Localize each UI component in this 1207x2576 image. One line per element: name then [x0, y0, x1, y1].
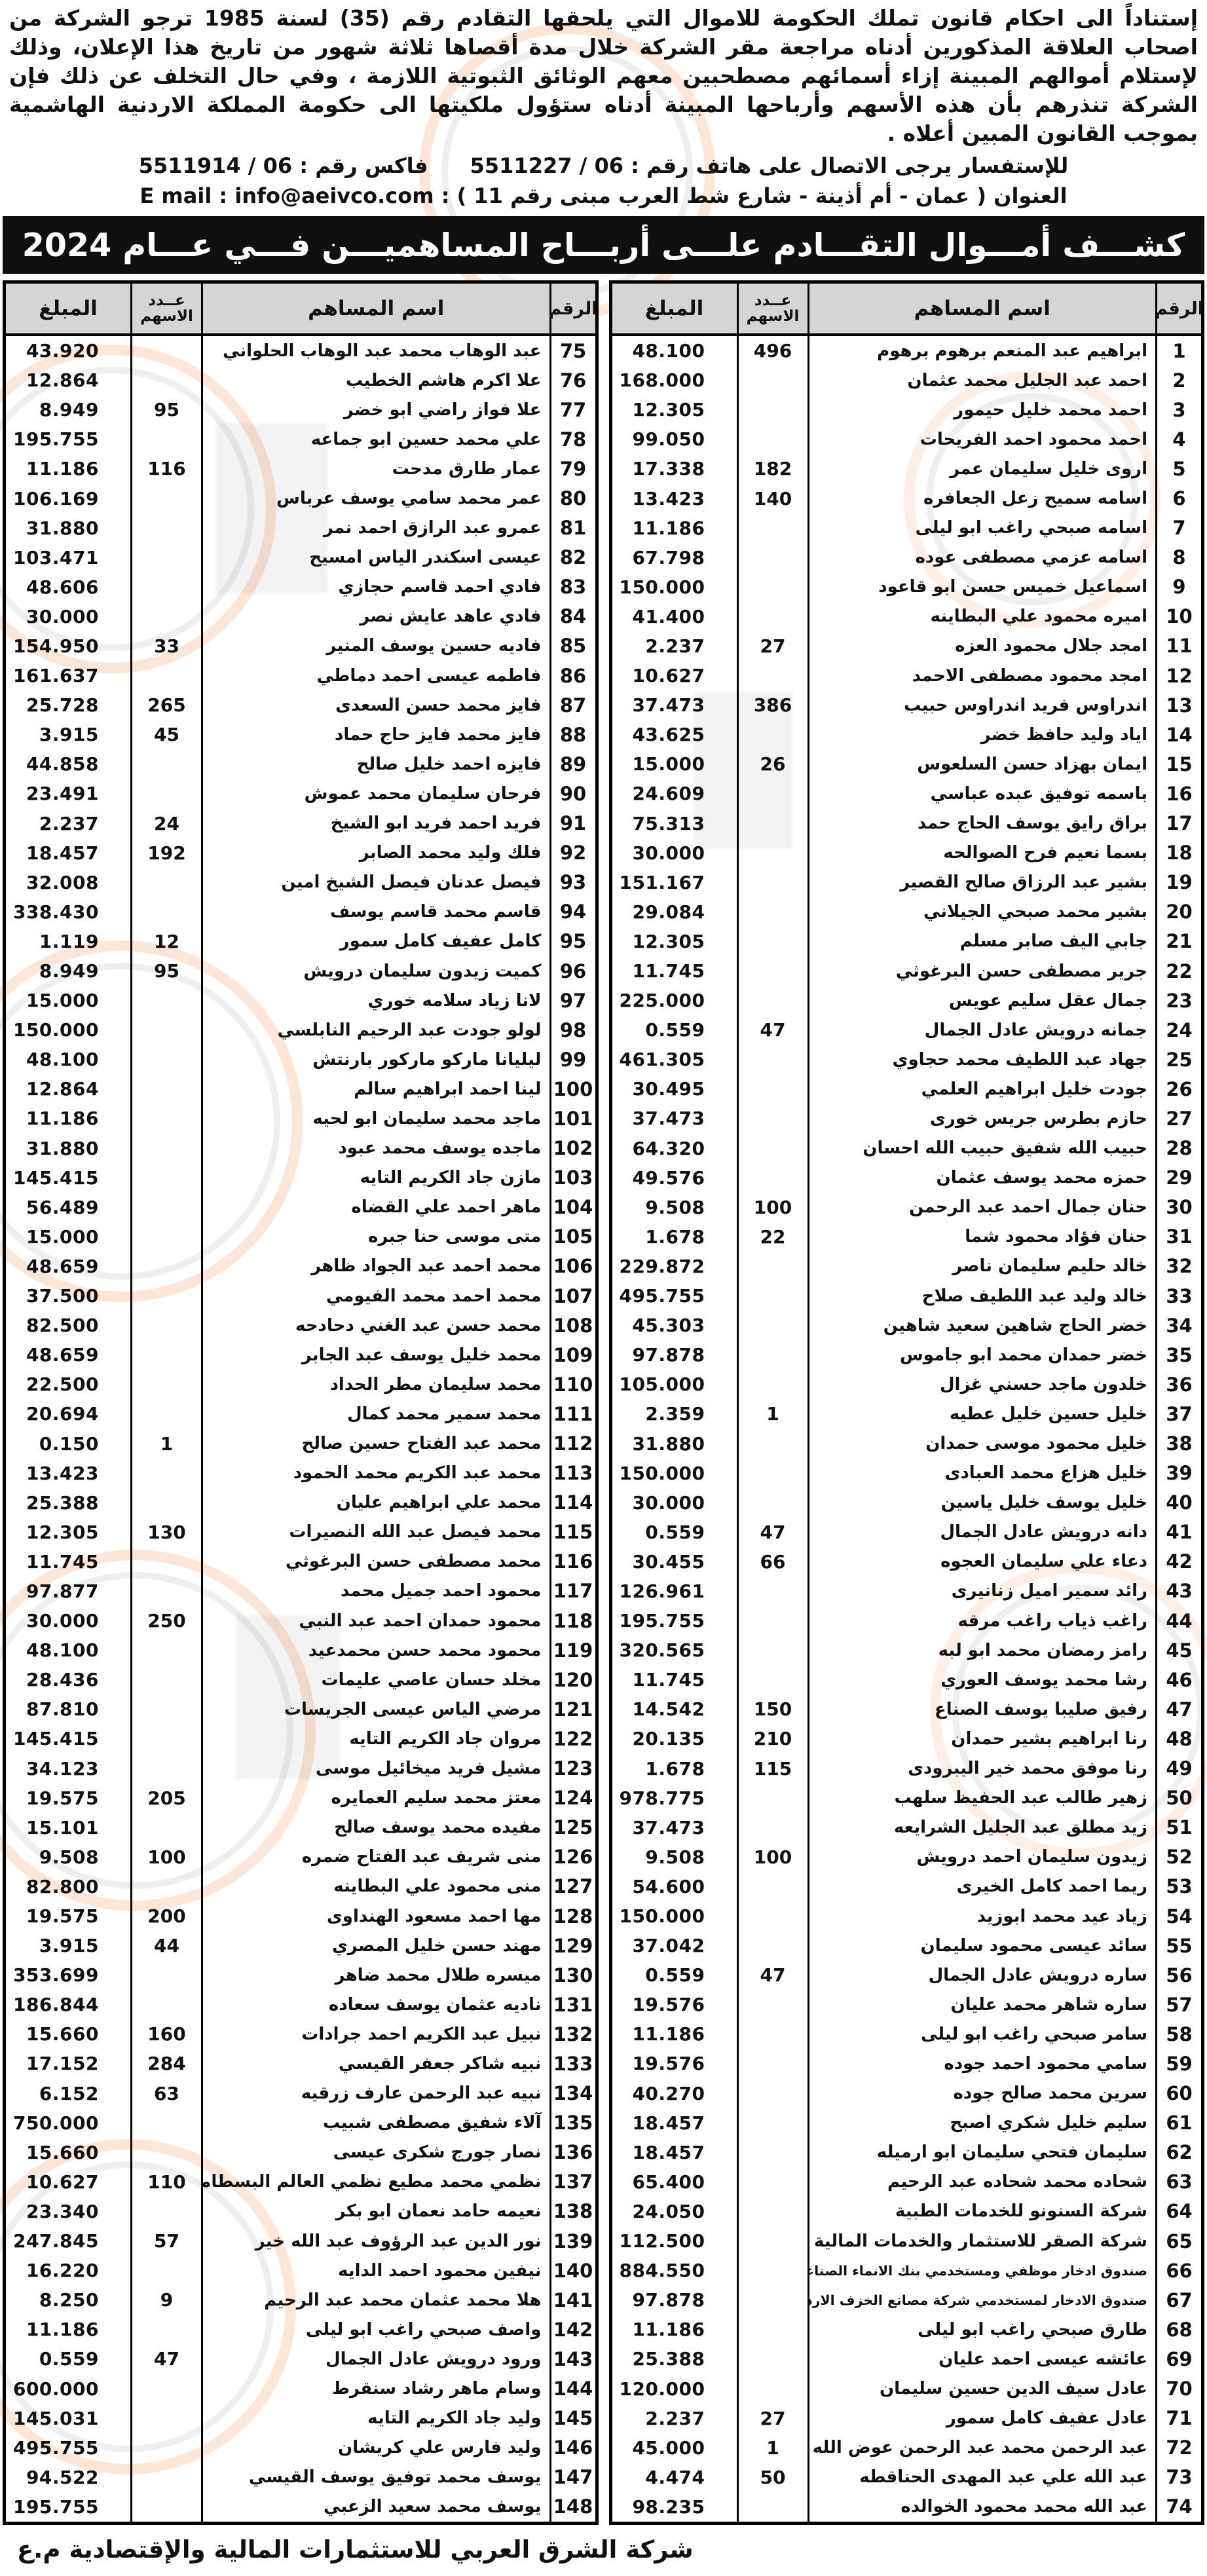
share-count-cell	[737, 720, 808, 749]
table-row: 1ابراهيم عبد المنعم برهوم برهوم49648.100	[612, 336, 1202, 365]
share-count-cell: 210	[737, 1724, 808, 1753]
shareholder-name-cell: وسام ماهر رشاد سنقرط	[201, 2374, 549, 2403]
amount-cell: 14.542	[612, 1694, 737, 1724]
amount-cell: 495.755	[612, 1281, 737, 1311]
table-row: 126منى شريف عبد الفتاح ضمره1009.508	[6, 1842, 595, 1872]
amount-cell: 48.659	[6, 1340, 130, 1370]
table-row: 13اندراوس فريد اندراوس حبيب38637.473	[612, 690, 1202, 720]
share-count-cell	[737, 1281, 808, 1311]
table-row: 95كامل عفيف كامل سمور121.119	[6, 927, 595, 956]
share-count-cell: 95	[130, 395, 201, 424]
row-number-cell: 6	[1155, 483, 1201, 513]
shareholder-name-cell: ساره شاهر محمد عليان	[808, 1990, 1156, 2019]
row-number-cell: 7	[1155, 513, 1201, 543]
share-count-cell	[737, 2079, 808, 2108]
row-number-cell: 114	[549, 1488, 595, 1518]
column-header-share-count: عــدد الاسهم	[737, 284, 808, 333]
table-row: 102ماجده يوسف محمد عبود31.880	[6, 1134, 595, 1163]
shareholder-name-cell: لينا احمد ابراهيم سالم	[201, 1074, 549, 1104]
share-count-cell	[737, 2285, 808, 2315]
shareholder-name-cell: مشيل فريد ميخائيل موسى	[201, 1754, 549, 1783]
table-row: 87فايز محمد حسن السعدى26525.728	[6, 690, 595, 720]
row-number-cell: 85	[549, 631, 595, 661]
row-number-cell: 135	[549, 2108, 595, 2138]
row-number-cell: 88	[549, 720, 595, 749]
shareholder-name-cell: نظمي محمد مطيع نظمي العالم البسطامي	[201, 2167, 549, 2197]
shareholder-name-cell: نبيه شاكر جعفر القيسي	[201, 2049, 549, 2078]
row-number-cell: 2	[1155, 365, 1201, 395]
row-number-cell: 110	[549, 1370, 595, 1399]
amount-cell: 600.000	[6, 2374, 130, 2403]
share-count-cell	[130, 2197, 201, 2226]
table-row: 11امجد جلال محمود العزه272.237	[612, 631, 1202, 661]
share-count-cell	[130, 572, 201, 602]
amount-cell: 19.575	[6, 1783, 130, 1813]
shareholder-name-cell: شحاده محمد شحاده عبد الرحيم	[808, 2167, 1156, 2197]
shareholder-name-cell: براق رايق يوسف الحاج حمد	[808, 809, 1156, 838]
share-count-cell	[130, 1665, 201, 1694]
share-count-cell	[737, 1045, 808, 1074]
share-count-cell	[130, 602, 201, 631]
table-row: 101ماجد محمد سليمان ابو لحيه11.186	[6, 1104, 595, 1133]
share-count-cell	[130, 1459, 201, 1488]
amount-cell: 11.186	[612, 2019, 737, 2049]
shareholder-name-cell: عادل عفيف كامل سمور	[808, 2404, 1156, 2433]
share-count-cell: 9	[130, 2285, 201, 2315]
table-body: 1ابراهيم عبد المنعم برهوم برهوم49648.100…	[612, 336, 1202, 2522]
table-row: 36خلدون ماجد حسني غزال105.000	[612, 1370, 1202, 1399]
table-row: 110محمد سليمان مطر الحداد22.500	[6, 1370, 595, 1399]
row-number-cell: 9	[1155, 572, 1201, 602]
share-count-cell	[130, 1547, 201, 1577]
table-row: 114محمد علي ابراهيم عليان25.388	[6, 1488, 595, 1518]
table-row: 5اروى خليل سليمان عمر18217.338	[612, 454, 1202, 483]
row-number-cell: 107	[549, 1281, 595, 1311]
share-count-cell	[737, 956, 808, 986]
row-number-cell: 138	[549, 2197, 595, 2226]
amount-cell: 11.186	[612, 2315, 737, 2344]
shareholder-name-cell: كميت زيدون سليمان درويش	[201, 956, 549, 986]
row-number-cell: 136	[549, 2138, 595, 2167]
share-count-cell: 50	[737, 2463, 808, 2492]
shareholder-name-cell: خضر الحاج شاهين سعيد شاهين	[808, 1311, 1156, 1340]
shareholder-name-cell: اميره محمود علي البطاينه	[808, 602, 1156, 631]
shareholder-name-cell: فايز محمد فايز حاج حماد	[201, 720, 549, 749]
shareholder-name-cell: احمد محمد خليل حيمور	[808, 395, 1156, 424]
amount-cell: 126.961	[612, 1577, 737, 1606]
row-number-cell: 67	[1155, 2285, 1201, 2315]
share-count-cell: 57	[130, 2226, 201, 2256]
amount-cell: 8.250	[6, 2285, 130, 2315]
row-number-cell: 99	[549, 1045, 595, 1074]
share-count-cell: 26	[737, 749, 808, 779]
table-row: 68طارق صبحي راغب ابو ليلى11.186	[612, 2315, 1202, 2344]
share-count-cell	[737, 2019, 808, 2049]
shareholder-name-cell: دعاء علي سليمان العجوه	[808, 1547, 1156, 1577]
share-count-cell: 66	[737, 1547, 808, 1577]
table-row: 64شركة السنونو للخدمات الطبية24.050	[612, 2197, 1202, 2226]
amount-cell: 12.305	[612, 395, 737, 424]
table-row: 28حبيب الله شفيق حبيب الله احسان64.320	[612, 1134, 1202, 1163]
row-number-cell: 1	[1155, 336, 1201, 365]
row-number-cell: 102	[549, 1134, 595, 1163]
amount-cell: 0.150	[6, 1428, 130, 1458]
row-number-cell: 61	[1155, 2108, 1201, 2138]
share-count-cell: 63	[130, 2079, 201, 2108]
shareholder-name-cell: ماجد محمد سليمان ابو لحيه	[201, 1104, 549, 1133]
share-count-cell: 44	[130, 1931, 201, 1960]
column-header-share-count: عــدد الاسهم	[130, 284, 201, 333]
amount-cell: 30.000	[6, 602, 130, 631]
table-row: 80عمر محمد سامي يوسف عرباس106.169	[6, 483, 595, 513]
table-row: 22جرير مصطفى حسن البرغوثي11.745	[612, 956, 1202, 986]
row-number-cell: 64	[1155, 2197, 1201, 2226]
shareholder-name-cell: رنا موفق محمد خير اليبرودى	[808, 1754, 1156, 1783]
table-row: 8اسامه عزمي مصطفى عوده67.798	[612, 543, 1202, 572]
share-count-cell	[130, 897, 201, 927]
share-count-cell	[737, 1606, 808, 1635]
amount-cell: 48.659	[6, 1252, 130, 1281]
shareholder-name-cell: ماهر احمد علي القضاه	[201, 1193, 549, 1222]
amount-cell: 15.000	[6, 986, 130, 1015]
amount-cell: 15.101	[6, 1813, 130, 1842]
share-count-cell: 115	[737, 1754, 808, 1783]
amount-cell: 161.637	[6, 661, 130, 690]
amount-cell: 48.100	[612, 336, 737, 365]
table-row: 140نيفين محمود احمد الدايه16.220	[6, 2256, 595, 2285]
table-row: 138نعيمه حامد نعمان ابو بكر23.340	[6, 2197, 595, 2226]
shareholder-name-cell: امجد محمود مصطفى الاحمد	[808, 661, 1156, 690]
amount-cell: 353.699	[6, 1960, 130, 1990]
row-number-cell: 134	[549, 2079, 595, 2108]
table-row: 88فايز محمد فايز حاج حماد453.915	[6, 720, 595, 749]
table-row: 113محمد عبد الكريم محمد الحمود13.423	[6, 1459, 595, 1488]
share-count-cell	[130, 1222, 201, 1252]
amount-cell: 15.000	[6, 1222, 130, 1252]
row-number-cell: 40	[1155, 1488, 1201, 1518]
row-number-cell: 90	[549, 779, 595, 808]
amount-cell: 20.694	[6, 1399, 130, 1428]
row-number-cell: 89	[549, 749, 595, 779]
shareholder-name-cell: ماجده يوسف محمد عبود	[201, 1134, 549, 1163]
share-count-cell	[737, 661, 808, 690]
amount-cell: 75.313	[612, 809, 737, 838]
amount-cell: 19.575	[6, 1901, 130, 1931]
share-count-cell: 33	[130, 631, 201, 661]
row-number-cell: 143	[549, 2344, 595, 2374]
phone-number: للإستفسار يرجى الاتصال على هاتف رقم : 06…	[470, 153, 1069, 178]
table-row: 92فلك وليد محمد الصابر19218.457	[6, 838, 595, 868]
table-row: 42دعاء علي سليمان العجوه6630.455	[612, 1547, 1202, 1577]
table-row: 79عمار طارق مدحت11611.186	[6, 454, 595, 483]
share-count-cell	[737, 779, 808, 808]
amount-cell: 37.473	[612, 1104, 737, 1133]
amount-cell: 37.473	[612, 690, 737, 720]
row-number-cell: 105	[549, 1222, 595, 1252]
table-row: 3احمد محمد خليل حيمور12.305	[612, 395, 1202, 424]
shareholder-name-cell: لانا زياد سلامه خوري	[201, 986, 549, 1015]
table-row: 104ماهر احمد علي القضاه56.489	[6, 1193, 595, 1222]
table-row: 78علي محمد حسين ابو جماعه195.755	[6, 424, 595, 454]
row-number-cell: 59	[1155, 2049, 1201, 2078]
shareholder-name-cell: احمد محمود احمد الفريحات	[808, 424, 1156, 454]
table-row: 108محمد حسن عبد الغني دحادحه82.500	[6, 1311, 595, 1340]
table-row: 127منى محمود علي البطاينه82.800	[6, 1872, 595, 1901]
share-count-cell	[737, 1577, 808, 1606]
share-count-cell	[130, 868, 201, 897]
shareholder-name-cell: فاديه حسين يوسف المنير	[201, 631, 549, 661]
amount-cell: 29.084	[612, 897, 737, 927]
row-number-cell: 66	[1155, 2256, 1201, 2285]
row-number-cell: 29	[1155, 1163, 1201, 1193]
row-number-cell: 33	[1155, 1281, 1201, 1311]
share-count-cell: 45	[130, 720, 201, 749]
row-number-cell: 100	[549, 1074, 595, 1104]
row-number-cell: 35	[1155, 1340, 1201, 1370]
share-count-cell	[130, 336, 201, 365]
share-count-cell: 24	[130, 809, 201, 838]
table-row: 52زيدون سليمان احمد درويش1009.508	[612, 1842, 1202, 1872]
shareholder-name-cell: مخلد حسان عاصي عليمات	[201, 1665, 549, 1694]
row-number-cell: 121	[549, 1694, 595, 1724]
amount-cell: 18.457	[6, 838, 130, 868]
column-header-number: الرقم	[1155, 284, 1201, 333]
row-number-cell: 32	[1155, 1252, 1201, 1281]
shareholder-name-cell: رامز رمضان محمد ابو لبه	[808, 1635, 1156, 1665]
amount-cell: 23.340	[6, 2197, 130, 2226]
row-number-cell: 21	[1155, 927, 1201, 956]
shareholder-name-cell: طارق صبحي راغب ابو ليلى	[808, 2315, 1156, 2344]
table-row: 43رائد سمير اميل زنانيرى126.961	[612, 1577, 1202, 1606]
row-number-cell: 83	[549, 572, 595, 602]
shareholder-name-cell: متى موسى حنا جبره	[201, 1222, 549, 1252]
share-count-cell: 1	[737, 2433, 808, 2463]
share-count-cell: 160	[130, 2019, 201, 2049]
table-row: 86فاطمه عيسى احمد دماطي161.637	[6, 661, 595, 690]
amount-cell: 22.500	[6, 1370, 130, 1399]
contact-phone-line: للإستفسار يرجى الاتصال على هاتف رقم : 06…	[0, 153, 1207, 178]
amount-cell: 44.858	[6, 749, 130, 779]
amount-cell: 8.949	[6, 395, 130, 424]
shareholder-name-cell: عمر محمد سامي يوسف عرباس	[201, 483, 549, 513]
table-row: 31حنان فؤاد محمود شما221.678	[612, 1222, 1202, 1252]
table-row: 12امجد محمود مصطفى الاحمد10.627	[612, 661, 1202, 690]
amount-cell: 31.880	[612, 1428, 737, 1458]
amount-cell: 103.471	[6, 543, 130, 572]
share-count-cell	[737, 986, 808, 1015]
row-number-cell: 76	[549, 365, 595, 395]
table-row: 106محمد احمد عبد الجواد ظاهر48.659	[6, 1252, 595, 1281]
row-number-cell: 15	[1155, 749, 1201, 779]
shareholder-name-cell: حنان فؤاد محمود شما	[808, 1222, 1156, 1252]
amount-cell: 2.237	[612, 2404, 737, 2433]
amount-cell: 30.000	[612, 1488, 737, 1518]
row-number-cell: 72	[1155, 2433, 1201, 2463]
row-number-cell: 123	[549, 1754, 595, 1783]
row-number-cell: 95	[549, 927, 595, 956]
table-row: 53ريما احمد كامل الخيرى54.600	[612, 1872, 1202, 1901]
shareholder-name-cell: علي محمد حسين ابو جماعه	[201, 424, 549, 454]
table-row: 33خالد وليد عبد اللطيف صلاح495.755	[612, 1281, 1202, 1311]
share-count-cell: 496	[737, 336, 808, 365]
shareholder-name-cell: خلدون ماجد حسني غزال	[808, 1370, 1156, 1399]
amount-cell: 320.565	[612, 1635, 737, 1665]
share-count-cell	[737, 2256, 808, 2285]
share-count-cell	[737, 572, 808, 602]
row-number-cell: 93	[549, 868, 595, 897]
table-row: 34خضر الحاج شاهين سعيد شاهين45.303	[612, 1311, 1202, 1340]
shareholder-name-cell: اروى خليل سليمان عمر	[808, 454, 1156, 483]
row-number-cell: 128	[549, 1901, 595, 1931]
table-row: 32خالد حليم سليمان ناصر229.872	[612, 1252, 1202, 1281]
table-row: 83فادي احمد قاسم حجازي48.606	[6, 572, 595, 602]
share-count-cell: 116	[130, 454, 201, 483]
shareholder-name-cell: زيدون سليمان احمد درويش	[808, 1842, 1156, 1872]
table-row: 17براق رايق يوسف الحاج حمد75.313	[612, 809, 1202, 838]
shareholder-name-cell: زهير طالب عبد الحفيظ سلهب	[808, 1783, 1156, 1813]
table-row: 137نظمي محمد مطيع نظمي العالم البسطامي11…	[6, 2167, 595, 2197]
shareholder-name-cell: محمود حمدان احمد عبد النبي	[201, 1606, 549, 1635]
shareholder-name-cell: فلك وليد محمد الصابر	[201, 838, 549, 868]
row-number-cell: 26	[1155, 1074, 1201, 1104]
shareholder-name-cell: حمزه محمد يوسف عثمان	[808, 1163, 1156, 1193]
table-row: 38خليل محمود موسى حمدان31.880	[612, 1428, 1202, 1458]
table-row: 50زهير طالب عبد الحفيظ سلهب978.775	[612, 1783, 1202, 1813]
table-row: 91فريد احمد فريد ابو الشيخ242.237	[6, 809, 595, 838]
amount-cell: 64.320	[612, 1134, 737, 1163]
row-number-cell: 38	[1155, 1428, 1201, 1458]
amount-cell: 34.123	[6, 1754, 130, 1783]
amount-cell: 37.500	[6, 1281, 130, 1311]
amount-cell: 150.000	[612, 572, 737, 602]
list-title-bar: كشـــف أمـــوال التقـــادم علـــى أربـــ…	[3, 216, 1204, 274]
amount-cell: 82.800	[6, 1872, 130, 1901]
row-number-cell: 116	[549, 1547, 595, 1577]
row-number-cell: 81	[549, 513, 595, 543]
share-count-cell	[130, 1960, 201, 1990]
table-row: 10اميره محمود علي البطاينه41.400	[612, 602, 1202, 631]
table-right-half: الرقم اسم المساهم عــدد الاسهم المبلغ 1ا…	[609, 280, 1205, 2525]
shareholder-name-cell: كامل عفيف كامل سمور	[201, 927, 549, 956]
table-row: 118محمود حمدان احمد عبد النبي25030.000	[6, 1606, 595, 1635]
table-row: 89فايزه احمد خليل صالح44.858	[6, 749, 595, 779]
shareholder-name-cell: حبيب الله شفيق حبيب الله احسان	[808, 1134, 1156, 1163]
shareholder-name-cell: شركة الصقر للاستثمار والخدمات المالية	[808, 2226, 1156, 2256]
amount-cell: 20.135	[612, 1724, 737, 1753]
table-row: 135آلاء شفيق مصطفى شبيب750.000	[6, 2108, 595, 2138]
shareholder-name-cell: خضر حمدان محمد ابو جاموس	[808, 1340, 1156, 1370]
share-count-cell	[130, 2256, 201, 2285]
amount-cell: 120.000	[612, 2374, 737, 2403]
column-header-shareholder-name: اسم المساهم	[808, 284, 1156, 333]
table-row: 136نصار جورج شكرى عيسى15.660	[6, 2138, 595, 2167]
share-count-cell: 100	[737, 1193, 808, 1222]
share-count-cell	[737, 2374, 808, 2403]
row-number-cell: 22	[1155, 956, 1201, 986]
table-row: 20بشير محمد صبحي الجيلاني29.084	[612, 897, 1202, 927]
amount-cell: 17.338	[612, 454, 737, 483]
amount-cell: 150.000	[6, 1015, 130, 1045]
share-count-cell: 12	[130, 927, 201, 956]
table-row: 6اسامه سميح زعل الجعافره14013.423	[612, 483, 1202, 513]
shareholder-name-cell: سرين محمد صالح جوده	[808, 2079, 1156, 2108]
share-count-cell: 140	[737, 483, 808, 513]
share-count-cell: 284	[130, 2049, 201, 2078]
share-count-cell: 130	[130, 1518, 201, 1547]
amount-cell: 30.495	[612, 1074, 737, 1104]
row-number-cell: 16	[1155, 779, 1201, 808]
table-row: 132نبيل عبد الكريم احمد جرادات16015.660	[6, 2019, 595, 2049]
row-number-cell: 97	[549, 986, 595, 1015]
column-header-number: الرقم	[549, 284, 595, 333]
table-row: 25جهاد عبد اللطيف محمد حجاوي461.305	[612, 1045, 1202, 1074]
row-number-cell: 119	[549, 1635, 595, 1665]
share-count-cell	[130, 749, 201, 779]
share-count-cell	[130, 2374, 201, 2403]
share-count-cell	[130, 2138, 201, 2167]
share-count-cell	[737, 513, 808, 543]
amount-cell: 151.167	[612, 868, 737, 897]
amount-cell: 40.270	[612, 2079, 737, 2108]
row-number-cell: 13	[1155, 690, 1201, 720]
shareholder-name-cell: محمد احمد محمد الفيومي	[201, 1281, 549, 1311]
amount-cell: 978.775	[612, 1783, 737, 1813]
table-row: 134نبيه عبد الرحمن عارف زرقيه636.152	[6, 2079, 595, 2108]
row-number-cell: 79	[549, 454, 595, 483]
shareholder-name-cell: خليل حسين خليل عطيه	[808, 1399, 1156, 1428]
table-row: 129مهند حسن خليل المصري443.915	[6, 1931, 595, 1960]
table-row: 39خليل هزاع محمد العبادى150.000	[612, 1459, 1202, 1488]
table-row: 133نبيه شاكر جعفر القيسي28417.152	[6, 2049, 595, 2078]
row-number-cell: 120	[549, 1665, 595, 1694]
row-number-cell: 130	[549, 1960, 595, 1990]
row-number-cell: 51	[1155, 1813, 1201, 1842]
amount-cell: 13.423	[612, 483, 737, 513]
amount-cell: 186.844	[6, 1990, 130, 2019]
amount-cell: 16.220	[6, 2256, 130, 2285]
row-number-cell: 147	[549, 2463, 595, 2492]
amount-cell: 2.237	[6, 809, 130, 838]
table-row: 116محمد مصطفى حسن البرغوثي11.745	[6, 1547, 595, 1577]
amount-cell: 0.559	[6, 2344, 130, 2374]
amount-cell: 48.100	[6, 1635, 130, 1665]
amount-cell: 4.474	[612, 2463, 737, 2492]
share-count-cell	[130, 1724, 201, 1753]
shareholder-name-cell: عمرو عبد الرازق احمد نمر	[201, 513, 549, 543]
table-row: 111محمد سمير محمد كمال20.694	[6, 1399, 595, 1428]
row-number-cell: 139	[549, 2226, 595, 2256]
table-row: 100لينا احمد ابراهيم سالم12.864	[6, 1074, 595, 1104]
table-row: 21جابي اليف صابر مسلم12.305	[612, 927, 1202, 956]
shareholder-name-cell: ريما احمد كامل الخيرى	[808, 1872, 1156, 1901]
row-number-cell: 124	[549, 1783, 595, 1813]
row-number-cell: 115	[549, 1518, 595, 1547]
row-number-cell: 52	[1155, 1842, 1201, 1872]
row-number-cell: 78	[549, 424, 595, 454]
shareholder-name-cell: منى محمود علي البطاينه	[201, 1872, 549, 1901]
share-count-cell: 100	[130, 1842, 201, 1872]
amount-cell: 19.576	[612, 2049, 737, 2078]
amount-cell: 3.915	[6, 1931, 130, 1960]
share-count-cell	[737, 1901, 808, 1931]
table-row: 54زياد عيد محمد ابوزيد150.000	[612, 1901, 1202, 1931]
amount-cell: 43.625	[612, 720, 737, 749]
row-number-cell: 56	[1155, 1960, 1201, 1990]
table-row: 123مشيل فريد ميخائيل موسى34.123	[6, 1754, 595, 1783]
row-number-cell: 10	[1155, 602, 1201, 631]
amount-cell: 1.119	[6, 927, 130, 956]
amount-cell: 24.050	[612, 2197, 737, 2226]
